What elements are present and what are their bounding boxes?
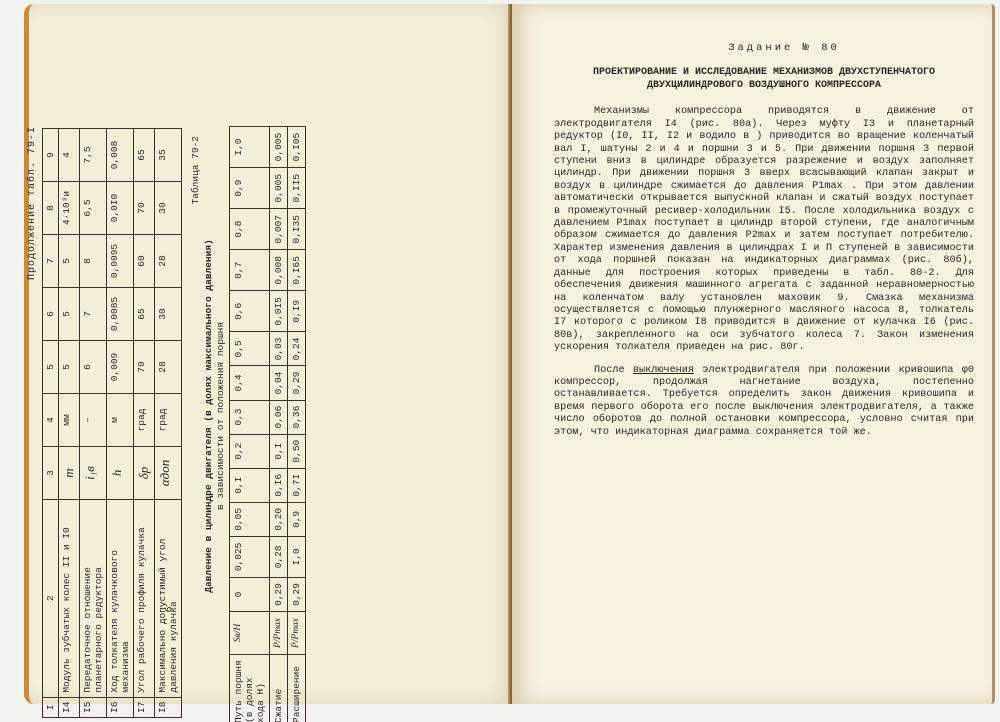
value: 0,4 bbox=[230, 366, 270, 400]
value: 7,5 bbox=[80, 129, 107, 182]
value: I,0 bbox=[230, 127, 270, 168]
col-header: 9 bbox=[43, 129, 59, 182]
table-row: Расширение P/Pmax 0,29 I,0 0,9 0,7I 0,50… bbox=[288, 127, 306, 722]
value: 0,8 bbox=[230, 209, 270, 250]
value: 0,6 bbox=[230, 291, 270, 332]
value: 0,50 bbox=[288, 434, 306, 468]
value: 0,05 bbox=[230, 502, 270, 536]
paragraph-2-start: После bbox=[594, 365, 633, 376]
value: 0,008 bbox=[107, 129, 134, 182]
symbol: m bbox=[59, 447, 80, 500]
row-label: Расширение bbox=[288, 655, 306, 722]
value: 0,03 bbox=[270, 332, 288, 366]
value: 4·10³и bbox=[59, 182, 80, 235]
value: 60 bbox=[134, 235, 155, 288]
value: 0,06 bbox=[270, 400, 288, 434]
value: 0,I bbox=[270, 434, 288, 468]
value: 6,5 bbox=[80, 182, 107, 235]
value: 0,009 bbox=[107, 341, 134, 394]
value: 0,I65 bbox=[288, 250, 306, 291]
table-79-2: Путь поршня (в долях хода H) Sв/H 0 0,02… bbox=[229, 126, 306, 722]
unit: – bbox=[80, 394, 107, 447]
open-booklet-scan: Продолжение табл. 79-I I 2 3 4 5 6 7 8 9… bbox=[24, 4, 1000, 704]
underlined-word: выключения bbox=[633, 365, 694, 376]
value: 28 bbox=[155, 235, 182, 288]
value: 65 bbox=[134, 129, 155, 182]
parameter-name: Угол рабочего профиля кулачка bbox=[134, 500, 155, 698]
value: 0,9 bbox=[288, 502, 306, 536]
table-79-2-title: Давление в цилиндре двигателя (в долях м… bbox=[203, 106, 214, 722]
symbol: αдоп bbox=[155, 447, 182, 500]
row-symbol: P/Pmax bbox=[270, 612, 288, 655]
page-number: 6 bbox=[165, 606, 176, 612]
value: 28 bbox=[155, 341, 182, 394]
parameter-name: Максимально допустимый угол давления кул… bbox=[155, 500, 182, 698]
value: 0,28 bbox=[270, 536, 288, 577]
value: 0,I35 bbox=[288, 209, 306, 250]
value: 0,II5 bbox=[288, 168, 306, 209]
right-page: Задание № 80 ПРОЕКТИРОВАНИЕ И ИССЛЕДОВАН… bbox=[512, 4, 995, 704]
value: 4 bbox=[59, 129, 80, 182]
value: 0,20 bbox=[270, 502, 288, 536]
row-number: I6 bbox=[107, 697, 134, 717]
parameter-name: Модуль зубчатых колес II и I0 bbox=[59, 500, 80, 698]
value: 0,29 bbox=[288, 366, 306, 400]
col-header: I bbox=[43, 697, 59, 717]
col-header: 2 bbox=[43, 500, 59, 698]
value: 70 bbox=[134, 182, 155, 235]
value: 0,0085 bbox=[107, 288, 134, 341]
value: 0,7 bbox=[230, 250, 270, 291]
col-header: 6 bbox=[43, 288, 59, 341]
col-header: 8 bbox=[43, 182, 59, 235]
value: 30 bbox=[155, 182, 182, 235]
table-header-row: I 2 3 4 5 6 7 8 9 bbox=[43, 129, 59, 718]
value: 0,005 bbox=[270, 168, 288, 209]
row-number: I8 bbox=[155, 697, 182, 717]
unit: м bbox=[107, 394, 134, 447]
table-row: Сжатие P/Pmax 0,29 0,28 0,20 0,I6 0,I 0,… bbox=[270, 127, 288, 722]
parameter-name: Ход толкателя кулачкового механизма bbox=[107, 500, 134, 698]
value: 0,3 bbox=[230, 400, 270, 434]
value: 0,025 bbox=[230, 536, 270, 577]
assignment-number: Задание № 80 bbox=[594, 42, 974, 54]
col-header: 4 bbox=[43, 394, 59, 447]
value: 0,005 bbox=[270, 127, 288, 168]
value: 0,I bbox=[230, 468, 270, 502]
value: 0,I9 bbox=[288, 291, 306, 332]
left-page: Продолжение табл. 79-I I 2 3 4 5 6 7 8 9… bbox=[24, 4, 517, 704]
row-symbol: Sв/H bbox=[230, 612, 270, 655]
value: 0,5 bbox=[230, 332, 270, 366]
table-row: I6 Ход толкателя кулачкового механизма h… bbox=[107, 129, 134, 718]
value: 70 bbox=[134, 341, 155, 394]
row-number: I4 bbox=[59, 697, 80, 717]
row-symbol: P/Pmax bbox=[288, 612, 306, 655]
value: 5 bbox=[59, 235, 80, 288]
paragraph-2: После выключения электродвигателя при по… bbox=[554, 365, 974, 439]
unit: мм bbox=[59, 394, 80, 447]
table-79-1: I 2 3 4 5 6 7 8 9 I4 Модуль зубчатых кол… bbox=[42, 128, 182, 718]
value: 5 bbox=[59, 288, 80, 341]
table-row: I7 Угол рабочего профиля кулачка δр град… bbox=[134, 129, 155, 718]
col-header: 3 bbox=[43, 447, 59, 500]
value: 7 bbox=[80, 288, 107, 341]
value: 0,24 bbox=[288, 332, 306, 366]
title-line-1: ПРОЕКТИРОВАНИЕ И ИССЛЕДОВАНИЕ МЕХАНИЗМОВ… bbox=[554, 66, 974, 79]
value: 0,I6 bbox=[270, 468, 288, 502]
symbol: δр bbox=[134, 447, 155, 500]
value: I,0 bbox=[288, 536, 306, 577]
table-row: I8 Максимально допустимый угол давления … bbox=[155, 129, 182, 718]
value: 0,9 bbox=[230, 168, 270, 209]
value: 65 bbox=[134, 288, 155, 341]
table-row: I4 Модуль зубчатых колес II и I0 m мм 5 … bbox=[59, 129, 80, 718]
unit: град bbox=[134, 394, 155, 447]
value: 0,7I bbox=[288, 468, 306, 502]
unit: град bbox=[155, 394, 182, 447]
table-79-2-subtitle: в зависимости от положения поршня bbox=[215, 106, 226, 722]
parameter-name: Передаточное отношение планетарного реду… bbox=[80, 500, 107, 698]
value: 0,29 bbox=[270, 577, 288, 611]
value: 0,0095 bbox=[107, 235, 134, 288]
row-number: I5 bbox=[80, 697, 107, 717]
assignment-title: ПРОЕКТИРОВАНИЕ И ИССЛЕДОВАНИЕ МЕХАНИЗМОВ… bbox=[554, 66, 974, 92]
title-line-2: ДВУХЦИЛИНДРОВОГО ВОЗДУШНОГО КОМПРЕССОРА bbox=[554, 79, 974, 92]
value: 0,29 bbox=[288, 577, 306, 611]
value: 0,2 bbox=[230, 434, 270, 468]
value: 0,008 bbox=[270, 250, 288, 291]
assignment-text: Задание № 80 ПРОЕКТИРОВАНИЕ И ИССЛЕДОВАН… bbox=[554, 42, 974, 439]
value: 0,04 bbox=[270, 366, 288, 400]
row-label: Сжатие bbox=[270, 655, 288, 722]
row-number: I7 bbox=[134, 697, 155, 717]
value: 0,0I5 bbox=[270, 291, 288, 332]
value: 0 bbox=[230, 577, 270, 611]
value: 5 bbox=[59, 341, 80, 394]
value: 0,36 bbox=[288, 400, 306, 434]
value: 0,I05 bbox=[288, 127, 306, 168]
value: 35 bbox=[155, 129, 182, 182]
row-label: Путь поршня (в долях хода H) bbox=[230, 655, 270, 722]
rotated-tables: Продолжение табл. 79-I I 2 3 4 5 6 7 8 9… bbox=[27, 106, 387, 722]
col-header: 5 bbox=[43, 341, 59, 394]
table-79-2-caption: Таблица 79-2 bbox=[190, 136, 201, 722]
value: 6 bbox=[80, 341, 107, 394]
symbol: h bbox=[107, 447, 134, 500]
value: 0,0I0 bbox=[107, 182, 134, 235]
table-row: I5 Передаточное отношение планетарного р… bbox=[80, 129, 107, 718]
value: 30 bbox=[155, 288, 182, 341]
table-header-row: Путь поршня (в долях хода H) Sв/H 0 0,02… bbox=[230, 127, 270, 722]
table-79-1-caption: Продолжение табл. 79-I bbox=[27, 126, 38, 722]
value: 8 bbox=[80, 235, 107, 288]
value: 0,007 bbox=[270, 209, 288, 250]
symbol: i₁в bbox=[80, 447, 107, 500]
col-header: 7 bbox=[43, 235, 59, 288]
paragraph-1: Механизмы компрессора приводятся в движе… bbox=[554, 106, 974, 354]
